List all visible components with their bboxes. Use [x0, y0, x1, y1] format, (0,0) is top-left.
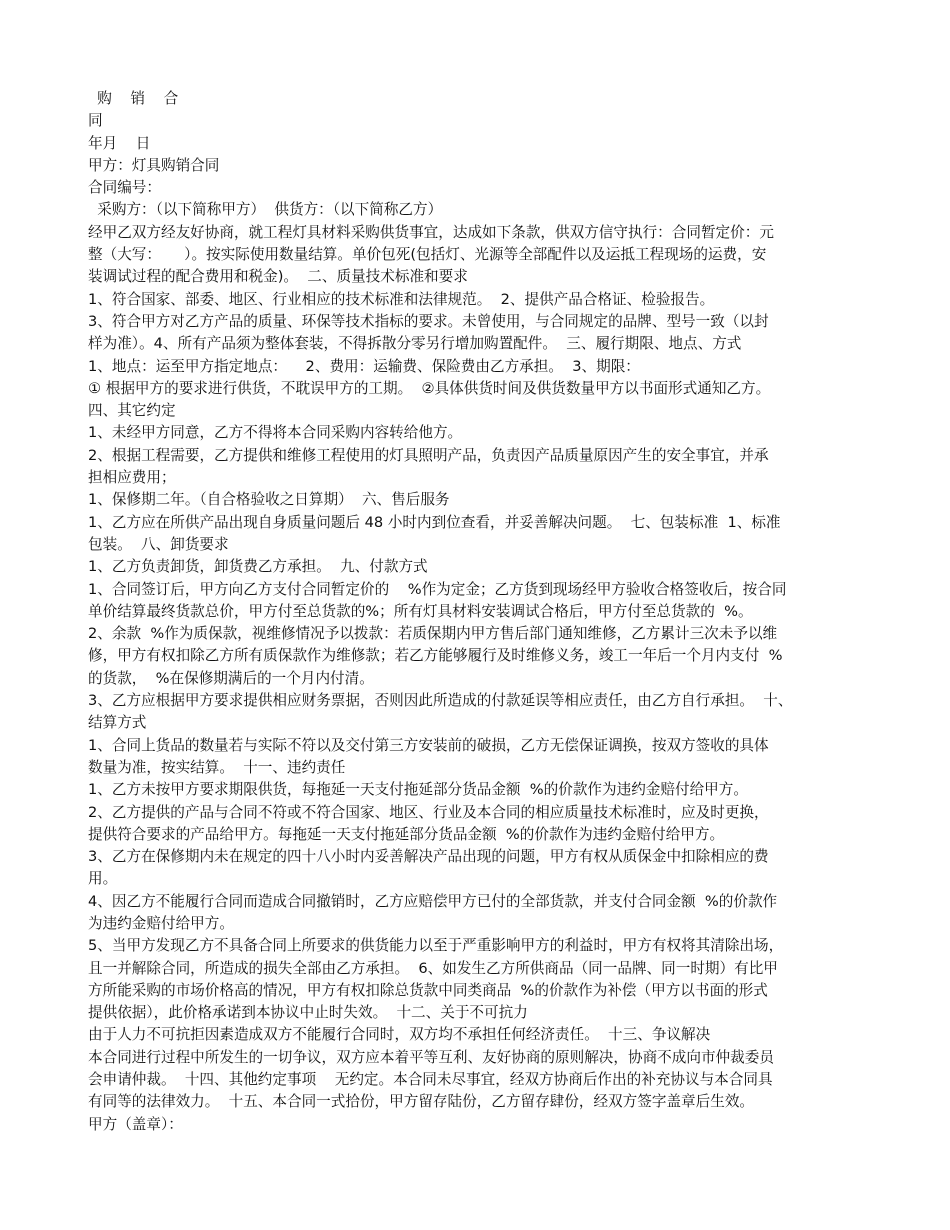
contract-line: 经甲乙双方经友好协商，就工程灯具材料采购供货事宜，达成如下条款，供双方信守执行：…: [88, 222, 868, 244]
contract-line: 3、乙方在保修期内未在规定的四十八小时内妥善解决产品出现的问题，甲方有权从质保金…: [88, 846, 868, 868]
contract-line: 1、合同签订后，甲方向乙方支付合同暂定价的 %作为定金；乙方货到现场经甲方验收合…: [88, 579, 868, 601]
contract-line: 方所能采购的市场价格高的情况，甲方有权扣除总货款中同类商品 %的价款作为补偿（甲…: [88, 980, 868, 1002]
contract-line: 担相应费用；: [88, 467, 868, 489]
contract-line: 1、乙方未按甲方要求期限供货，每拖延一天支付拖延部分货品金额 %的价款作为违约金…: [88, 779, 868, 801]
contract-line: 1、符合国家、部委、地区、行业相应的技术标准和法律规范。 2、提供产品合格证、检…: [88, 289, 868, 311]
contract-line: 4、因乙方不能履行合同而造成合同撤销时，乙方应赔偿甲方已付的全部货款，并支付合同…: [88, 891, 868, 913]
contract-line: 装调试过程的配合费用和税金)。 二、质量技术标准和要求: [88, 266, 868, 288]
contract-line: 1、乙方应在所供产品出现自身质量问题后 48 小时内到位查看，并妥善解决问题。 …: [88, 512, 868, 534]
contract-line: 1、保修期二年。（自合格验收之日算期） 六、售后服务: [88, 489, 868, 511]
document-title-line1: 购 销 合: [88, 88, 868, 110]
contract-line: 结算方式: [88, 712, 868, 734]
contract-line: 整（大写： ）。按实际使用数量结算。单价包死(包括灯、光源等全部配件以及运抵工程…: [88, 244, 868, 266]
contract-line: 1、地点：运至甲方指定地点： 2、费用：运输费、保险费由乙方承担。 3、期限：: [88, 356, 868, 378]
contract-line: 且一并解除合同，所造成的损失全部由乙方承担。 6、如发生乙方所供商品（同一品牌、…: [88, 958, 868, 980]
contract-line: 本合同进行过程中所发生的一切争议，双方应本着平等互利、友好协商的原则解决，协商不…: [88, 1047, 868, 1069]
contract-line: 3、符合甲方对乙方产品的质量、环保等技术指标的要求。未曾使用，与合同规定的品牌、…: [88, 311, 868, 333]
contract-line: 采购方：（以下简称甲方） 供货方：（以下简称乙方）: [88, 199, 868, 221]
contract-line: 提供符合要求的产品给甲方。每拖延一天支付拖延部分货品金额 %的价款作为违约金赔付…: [88, 824, 868, 846]
contract-line: 1、未经甲方同意，乙方不得将本合同采购内容转给他方。: [88, 422, 868, 444]
contract-line: 3、乙方应根据甲方要求提供相应财务票据，否则因此所造成的付款延误等相应责任，由乙…: [88, 690, 868, 712]
contract-line: 单价结算最终货款总价，甲方付至总货款的%；所有灯具材料安装调试合格后，甲方付至总…: [88, 601, 868, 623]
contract-line: ① 根据甲方的要求进行供货，不耽误甲方的工期。 ②具体供货时间及供货数量甲方以书…: [88, 378, 868, 400]
contract-line: 为违约金赔付给甲方。: [88, 913, 868, 935]
contract-line: 甲方（盖章）：: [88, 1114, 868, 1136]
contract-line: 1、乙方负责卸货，卸货费乙方承担。 九、付款方式: [88, 556, 868, 578]
document-title-line2: 同: [88, 110, 868, 132]
contract-line: 数量为准，按实结算。 十一、违约责任: [88, 757, 868, 779]
contract-number: 合同编号：: [88, 177, 868, 199]
contract-line: 四、其它约定: [88, 400, 868, 422]
contract-line: 提供依据），此价格承诺到本协议中止时失效。 十二、关于不可抗力: [88, 1002, 868, 1024]
contract-line: 5、当甲方发现乙方不具备合同上所要求的供货能力以至于严重影响甲方的利益时，甲方有…: [88, 935, 868, 957]
contract-line: 会申请仲裁。 十四、其他约定事项 无约定。本合同未尽事宜，经双方协商后作出的补充…: [88, 1069, 868, 1091]
contract-line: 的货款， %在保修期满后的一个月内付清。: [88, 668, 868, 690]
contract-line: 有同等的法律效力。 十五、本合同一式拾份，甲方留存陆份，乙方留存肆份，经双方签字…: [88, 1091, 868, 1113]
contract-line: 1、合同上货品的数量若与实际不符以及交付第三方安装前的破损，乙方无偿保证调换，按…: [88, 735, 868, 757]
contract-line: 样为准）。4、所有产品须为整体套装，不得拆散分零另行增加购置配件。 三、履行期限…: [88, 333, 868, 355]
contract-document: 购 销 合 同 年月 日 甲方：灯具购销合同 合同编号： 采购方：（以下简称甲方…: [88, 88, 868, 1136]
contract-line: 包装。 八、卸货要求: [88, 534, 868, 556]
contract-line: 2、余款 %作为质保款，视维修情况予以拨款：若质保期内甲方售后部门通知维修，乙方…: [88, 623, 868, 645]
contract-line: 由于人力不可抗拒因素造成双方不能履行合同时，双方均不承担任何经济责任。 十三、争…: [88, 1024, 868, 1046]
party-a-title: 甲方：灯具购销合同: [88, 155, 868, 177]
contract-line: 修，甲方有权扣除乙方所有质保款作为维修款；若乙方能够履行及时维修义务，竣工一年后…: [88, 645, 868, 667]
contract-body: 采购方：（以下简称甲方） 供货方：（以下简称乙方）经甲乙双方经友好协商，就工程灯…: [88, 199, 868, 1135]
contract-line: 2、根据工程需要，乙方提供和维修工程使用的灯具照明产品，负责因产品质量原因产生的…: [88, 445, 868, 467]
contract-line: 2、乙方提供的产品与合同不符或不符合国家、地区、行业及本合同的相应质量技术标准时…: [88, 802, 868, 824]
date-line: 年月 日: [88, 133, 868, 155]
contract-line: 用。: [88, 868, 868, 890]
